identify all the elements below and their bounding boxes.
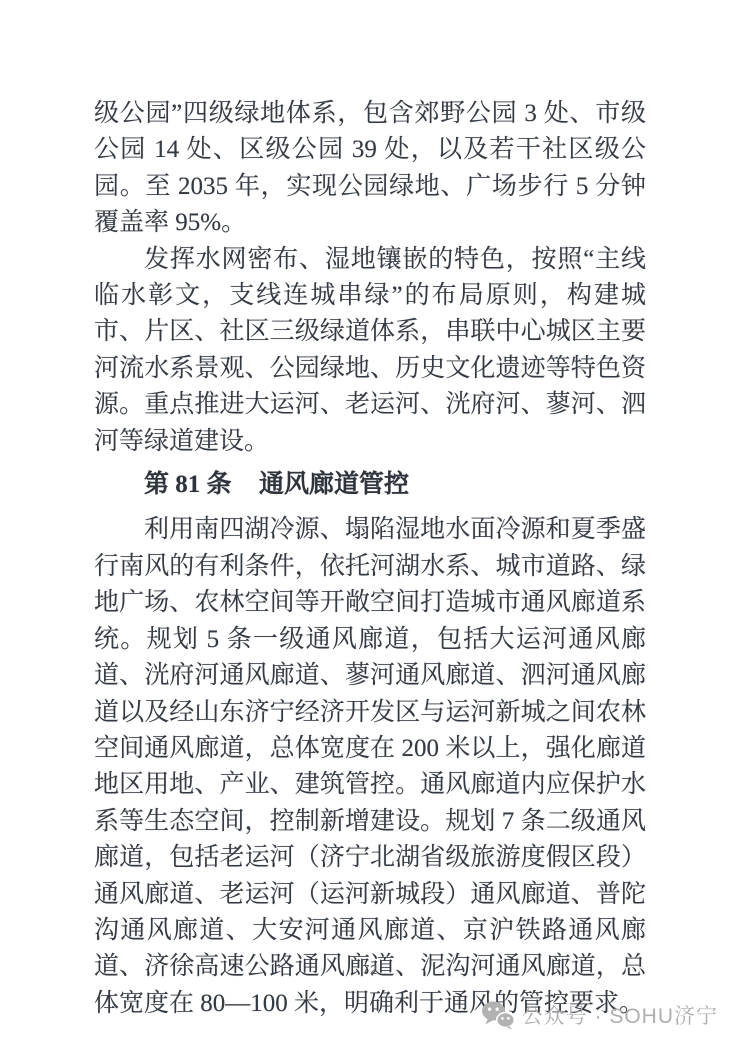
document-body: 级公园”四级绿地体系，包含郊野公园 3 处、市级公园 14 处、区级公园 39 … xyxy=(94,96,646,1022)
page-number: 72 xyxy=(0,962,740,977)
article-81-heading: 第 81 条 通风廊道管控 xyxy=(94,467,646,503)
paragraph-ventilation-corridor: 利用南四湖冷源、塌陷湿地水面冷源和夏季盛行南风的有利条件，依托河湖水系、城市道路… xyxy=(94,512,646,1022)
footer-watermark: 公众号 · SOHU济宁 xyxy=(481,1000,718,1030)
paragraph-greenway: 发挥水网密布、湿地镶嵌的特色，按照“主线临水彰文，支线连城串绿”的布局原则，构建… xyxy=(94,242,646,460)
footer-label: 公众号 · SOHU济宁 xyxy=(522,1000,718,1030)
wechat-icon xyxy=(481,1000,515,1030)
document-page: 级公园”四级绿地体系，包含郊野公园 3 处、市级公园 14 处、区级公园 39 … xyxy=(0,0,740,1047)
article-number: 第 81 条 xyxy=(144,471,232,498)
article-title: 通风廊道管控 xyxy=(259,471,409,498)
paragraph-park-system: 级公园”四级绿地体系，包含郊野公园 3 处、市级公园 14 处、区级公园 39 … xyxy=(94,96,646,242)
